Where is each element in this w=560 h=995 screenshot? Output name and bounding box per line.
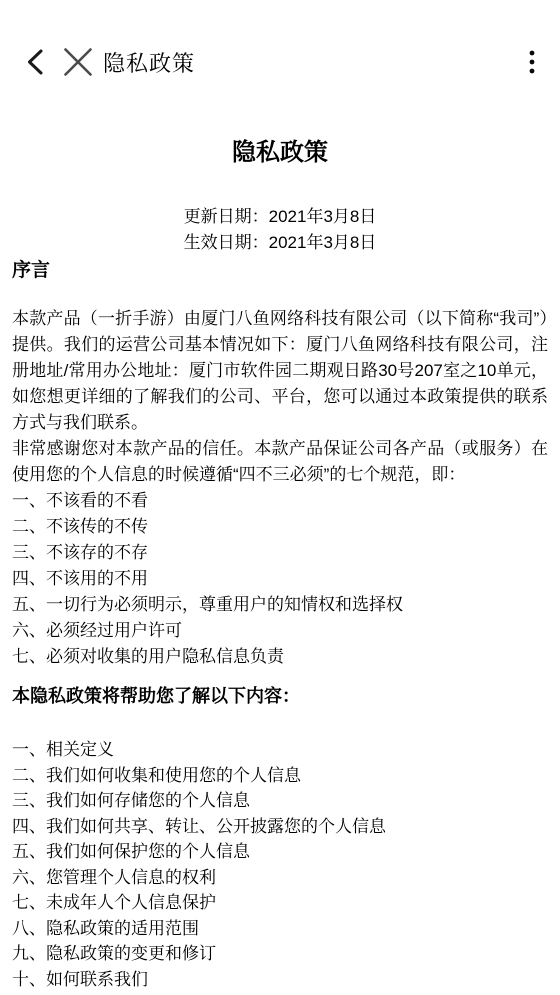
chevron-left-icon [25,48,44,76]
rule-item: 四、不该用的不用 [12,566,548,592]
toc-item: 八、隐私政策的适用范围 [12,916,548,942]
back-button[interactable] [25,48,44,76]
close-icon [63,48,93,76]
toc-heading: 本隐私政策将帮助您了解以下内容： [12,684,548,708]
toc-item: 九、隐私政策的变更和修订 [12,941,548,967]
date-block: 更新日期：2021年3月8日 生效日期：2021年3月8日 [12,204,548,256]
rule-item: 二、不该传的不传 [12,514,548,540]
rule-item: 五、一切行为必须明示，尊重用户的知情权和选择权 [12,592,548,618]
policy-content: 隐私政策 更新日期：2021年3月8日 生效日期：2021年3月8日 序言 本款… [0,138,560,992]
rule-item: 三、不该存的不存 [12,540,548,566]
rule-item: 六、必须经过用户许可 [12,618,548,644]
appbar-title: 隐私政策 [103,47,195,78]
preface-heading: 序言 [12,259,548,283]
toc-item: 十、如何联系我们 [12,967,548,993]
rules-list: 一、不该看的不看二、不该传的不传三、不该存的不存四、不该用的不用五、一切行为必须… [12,488,548,670]
toc-item: 一、相关定义 [12,737,548,763]
policy-paragraph: 本款产品（一折手游）由厦门八鱼网络科技有限公司（以下简称“我司”）提供。我们的运… [12,306,548,436]
document-title: 隐私政策 [12,138,548,167]
toc-item: 四、我们如何共享、转让、公开披露您的个人信息 [12,814,548,840]
toc-item: 七、未成年人个人信息保护 [12,890,548,916]
toc-item: 六、您管理个人信息的权利 [12,865,548,891]
rule-item: 一、不该看的不看 [12,488,548,514]
toc-item: 二、我们如何收集和使用您的个人信息 [12,763,548,789]
menu-button[interactable] [529,50,535,74]
toc-list: 一、相关定义二、我们如何收集和使用您的个人信息三、我们如何存储您的个人信息四、我… [12,737,548,992]
close-button[interactable] [63,48,93,76]
kebab-menu-icon [529,50,535,74]
preface-body: 本款产品（一折手游）由厦门八鱼网络科技有限公司（以下简称“我司”）提供。我们的运… [12,306,548,670]
policy-paragraph: 非常感谢您对本款产品的信任。本款产品保证公司各产品（或服务）在使用您的个人信息的… [12,436,548,488]
app-bar: 隐私政策 [0,30,560,94]
update-date: 更新日期：2021年3月8日 [12,204,548,230]
toc-item: 三、我们如何存储您的个人信息 [12,788,548,814]
rule-item: 七、必须对收集的用户隐私信息负责 [12,644,548,670]
toc-item: 五、我们如何保护您的个人信息 [12,839,548,865]
effective-date: 生效日期：2021年3月8日 [12,230,548,256]
